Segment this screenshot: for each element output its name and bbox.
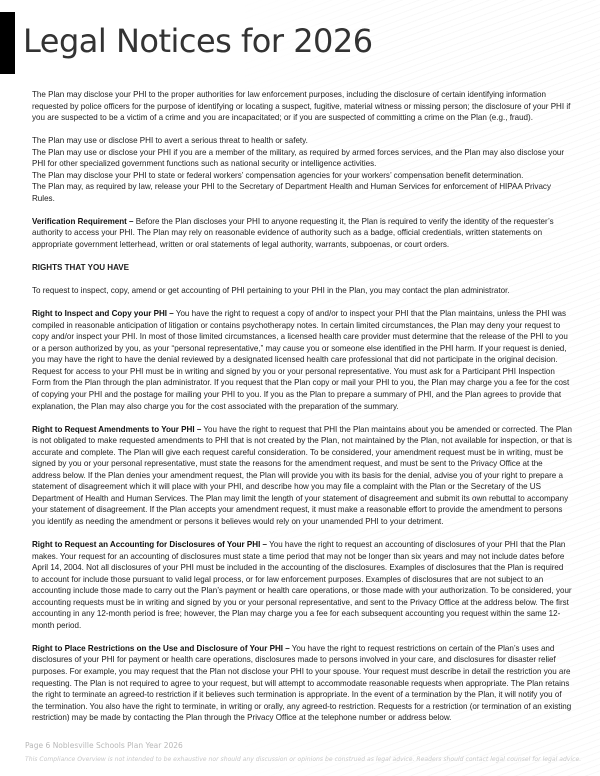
footer-page-info: Page 6 Noblesville Schools Plan Year 202… xyxy=(25,741,183,750)
restrictions-paragraph: Right to Place Restrictions on the Use a… xyxy=(32,643,572,724)
military-paragraph: The Plan may use or disclose your PHI if… xyxy=(32,147,572,170)
accounting-heading: Right to Request an Accounting for Discl… xyxy=(32,540,267,549)
accounting-body: You have the right to request an account… xyxy=(32,540,572,630)
rights-section-heading: RIGHTS THAT YOU HAVE xyxy=(32,262,572,274)
header-accent-bar xyxy=(0,12,15,74)
threat-paragraph: The Plan may use or disclose PHI to aver… xyxy=(32,135,572,147)
footer-disclaimer: This Compliance Overview is not intended… xyxy=(25,756,581,763)
restrictions-body: You have the right to request restrictio… xyxy=(32,644,571,722)
document-body: The Plan may disclose your PHI to the pr… xyxy=(32,89,572,735)
page-title: Legal Notices for 2026 xyxy=(23,22,373,60)
restrictions-heading: Right to Place Restrictions on the Use a… xyxy=(32,644,290,653)
accounting-paragraph: Right to Request an Accounting for Discl… xyxy=(32,539,572,631)
amendments-body: You have the right to request that PHI t… xyxy=(32,425,572,526)
hhs-paragraph: The Plan may, as required by law, releas… xyxy=(32,181,572,204)
inspect-copy-body: You have the right to request a copy of … xyxy=(32,309,569,410)
amendments-paragraph: Right to Request Amendments to Your PHI … xyxy=(32,424,572,528)
verification-paragraph: Verification Requirement – Before the Pl… xyxy=(32,216,572,251)
workers-comp-paragraph: The Plan may disclose your PHI to state … xyxy=(32,170,572,182)
inspect-copy-paragraph: Right to Inspect and Copy your PHI – You… xyxy=(32,308,572,412)
rights-intro-paragraph: To request to inspect, copy, amend or ge… xyxy=(32,285,572,297)
verification-heading: Verification Requirement – xyxy=(32,217,134,226)
law-enforcement-paragraph: The Plan may disclose your PHI to the pr… xyxy=(32,89,572,124)
amendments-heading: Right to Request Amendments to Your PHI … xyxy=(32,425,201,434)
inspect-copy-heading: Right to Inspect and Copy your PHI – xyxy=(32,309,174,318)
